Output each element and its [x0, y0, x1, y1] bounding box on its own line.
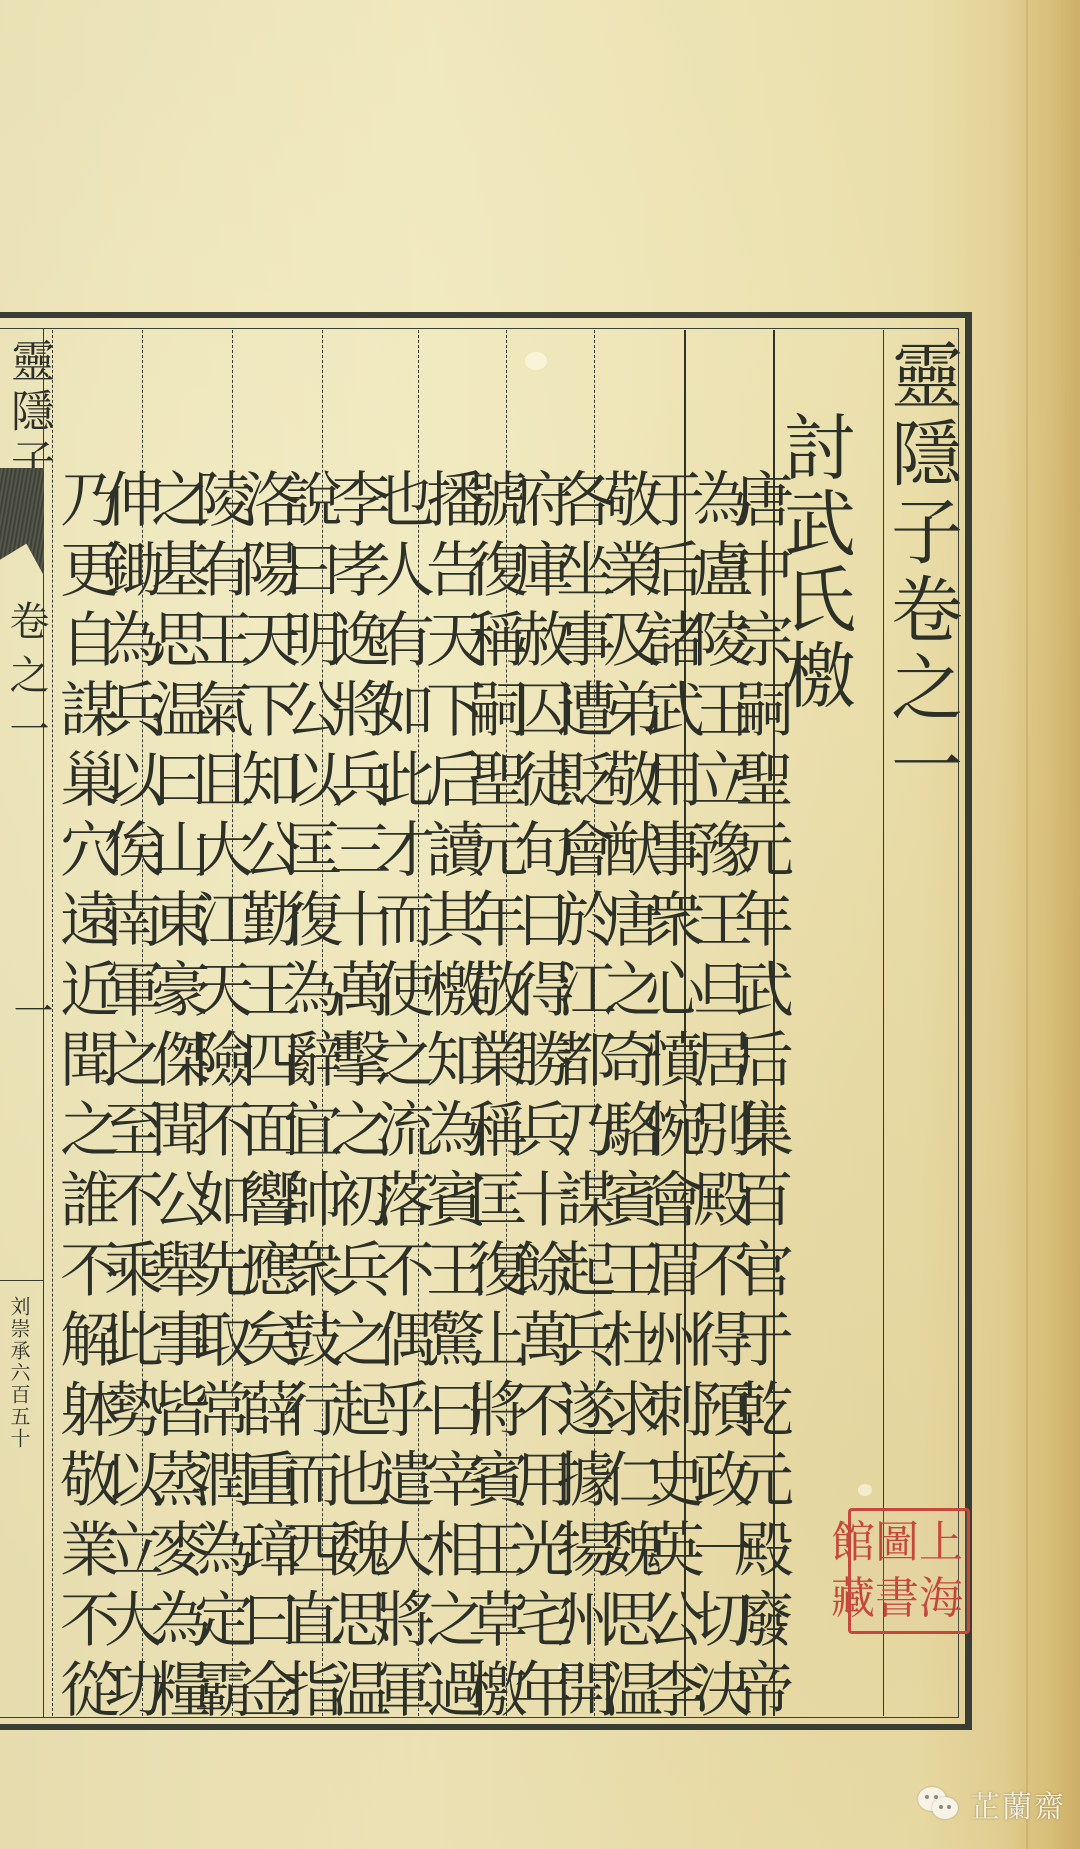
spine-title: 靈隱子 — [0, 338, 60, 488]
seal-char: 圖 — [875, 1515, 919, 1571]
seal-char: 書 — [875, 1571, 919, 1627]
seal-char: 藏 — [831, 1571, 875, 1627]
page-edge-shadow — [1002, 0, 1080, 1849]
seal-char: 上 — [919, 1515, 963, 1571]
seal-char: 館 — [831, 1515, 875, 1571]
red-collector-seal: 上 海 圖 書 館 藏 — [848, 1508, 970, 1634]
text-column: 乃更自謀巢穴遠近聞之誰不解躰敬業不從 — [55, 468, 115, 1728]
seal-char: 海 — [919, 1571, 963, 1627]
book-title-column: 靈隱子卷之一 — [885, 338, 957, 806]
spine-volume: 卷之一 — [0, 600, 55, 762]
wechat-icon — [918, 1787, 960, 1821]
watermark-label: 芷蘭齋 — [970, 1782, 1066, 1826]
spine-carver-note: 刘崇承六百五十 — [8, 1296, 29, 1450]
wechat-watermark: 芷蘭齋 — [918, 1782, 1066, 1826]
page-fold-line — [1026, 0, 1028, 1849]
